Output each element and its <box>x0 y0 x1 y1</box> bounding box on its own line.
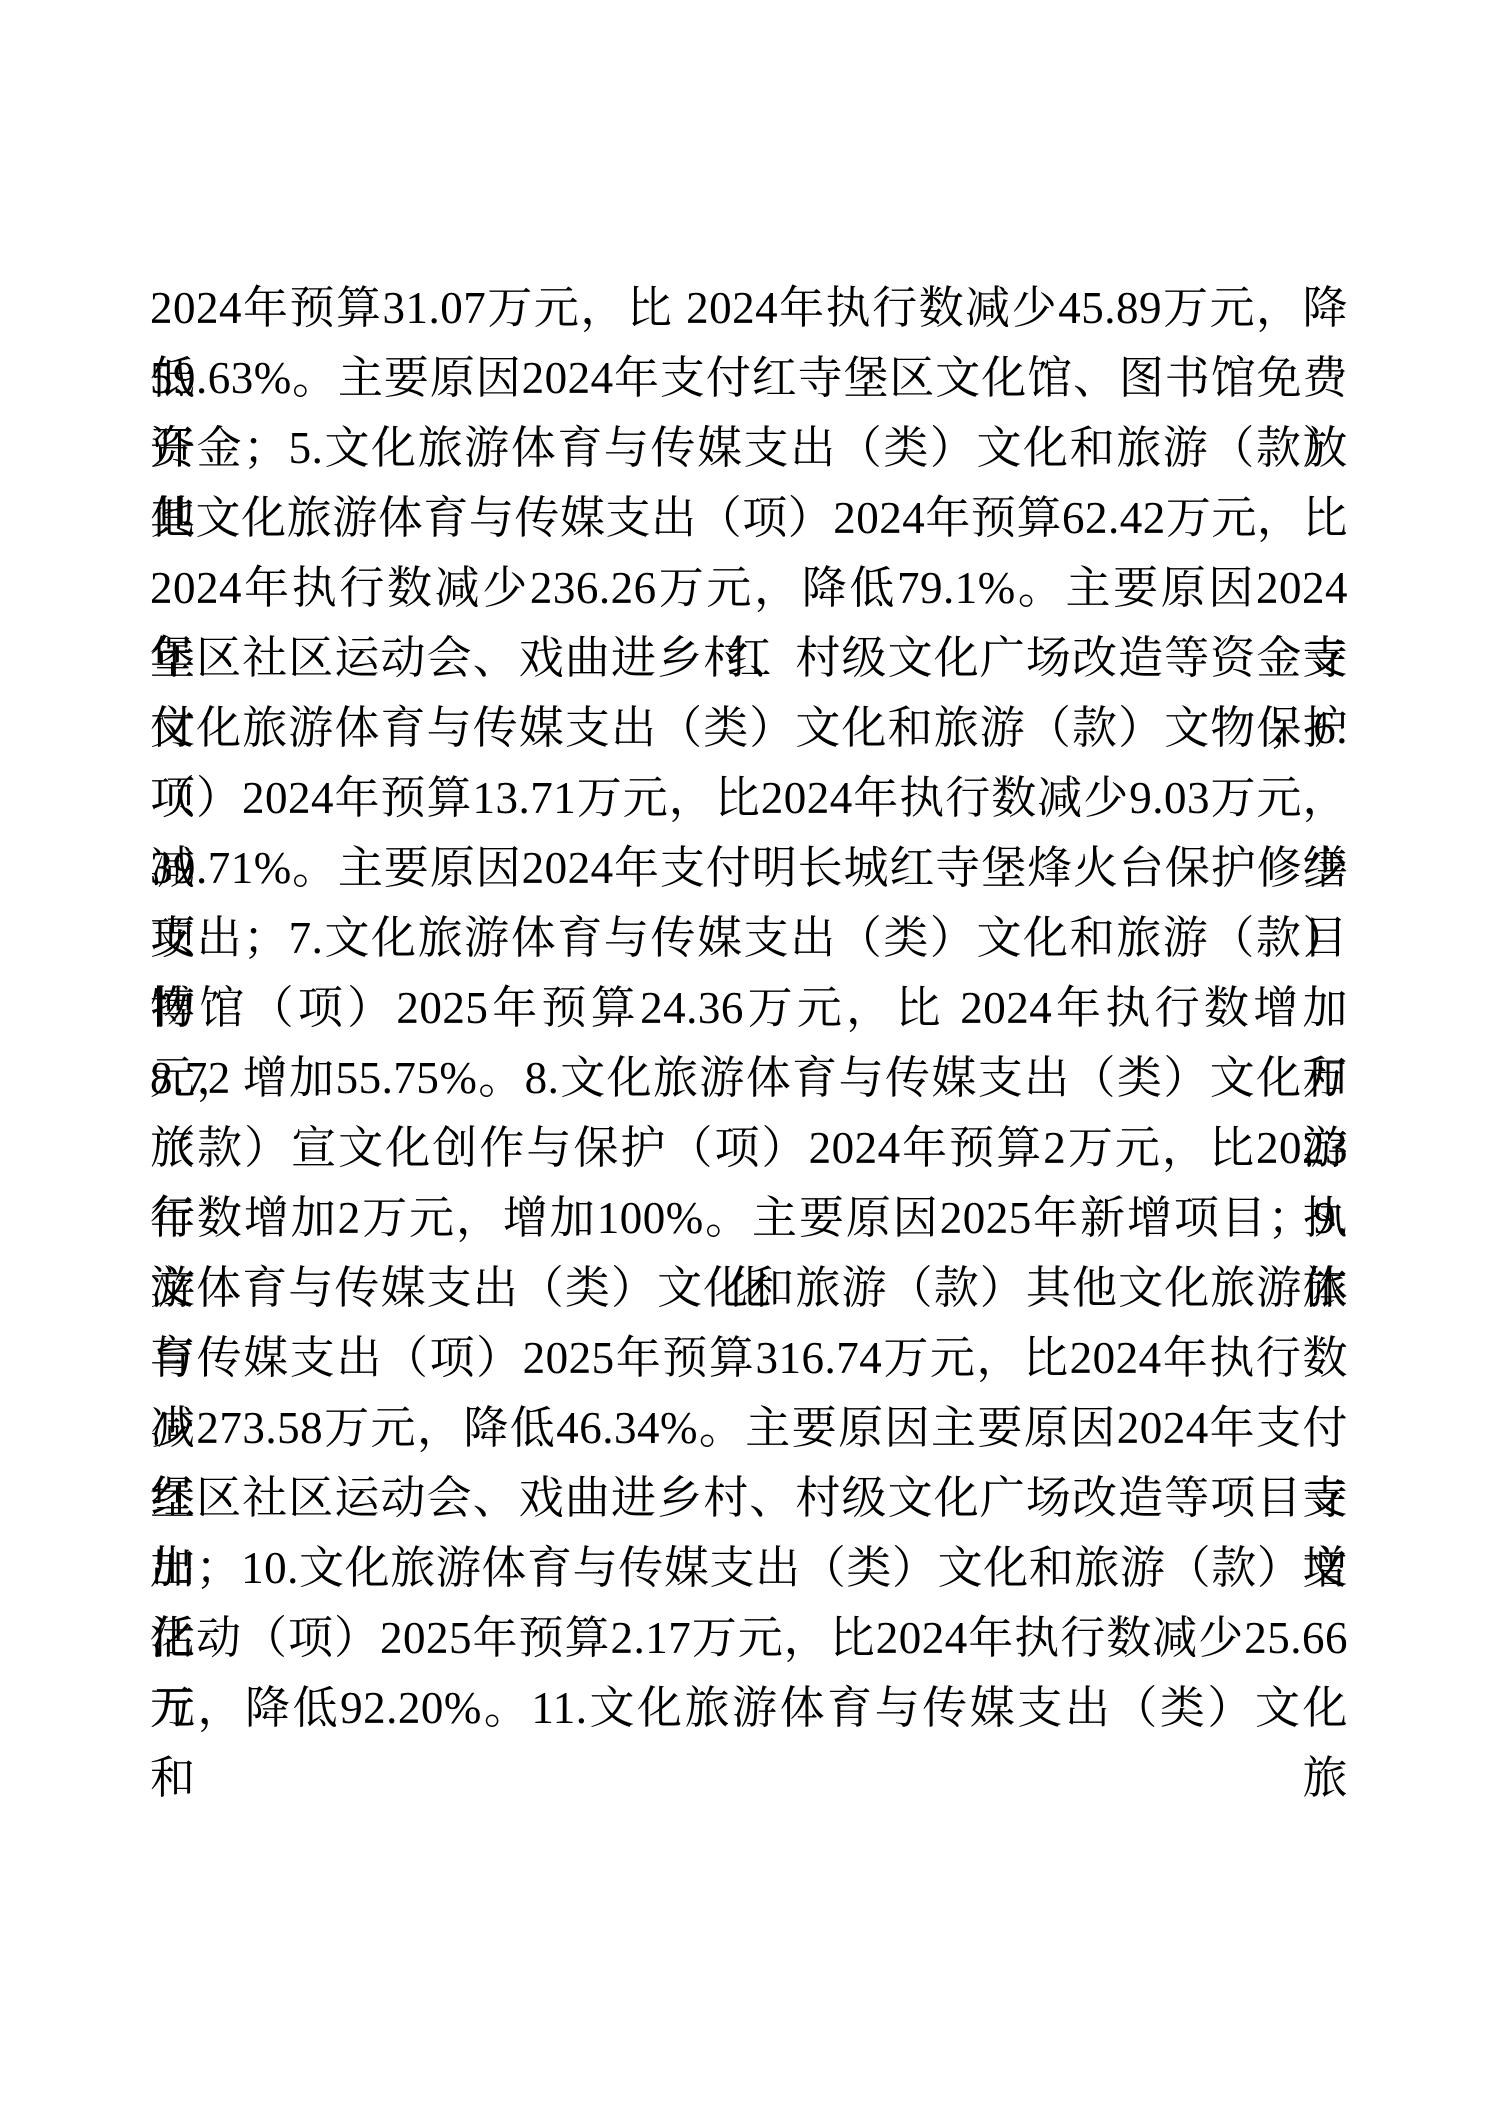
text-line: 元，降低92.20%。11.文化旅游体育与传媒支出（类）文化和旅 <box>150 1673 1348 1743</box>
text-line: 39.71%。主要原因2024年支付明长城红寺堡烽火台保护修缮项目 <box>150 833 1348 903</box>
text-line: 元，增加55.75%。8.文化旅游体育与传媒支出（类）文化和旅游 <box>150 1043 1348 1113</box>
text-line: 支出；7.文化旅游体育与传媒支出（类）文化和旅游（款）博 <box>150 903 1348 973</box>
text-line: 游体育与传媒支出（类）文化和旅游（款）其他文化旅游体育 <box>150 1253 1348 1323</box>
text-line: 项）2024年预算13.71万元，比2024年执行数减少9.03万元，减少 <box>150 763 1348 833</box>
text-line: 他文化旅游体育与传媒支出（项）2024年预算62.42万元，比 <box>150 483 1348 553</box>
text-line: 行数增加2万元，增加100%。主要原因2025年新增项目；9.文化旅 <box>150 1183 1348 1253</box>
text-line-content: 元，降低92.20%。11.文化旅游体育与传媒支出（类）文化和旅 <box>150 1673 1348 1813</box>
text-line: 堡区社区运动会、戏曲进乡村、村级文化广场改造等资金支付；6. <box>150 623 1348 693</box>
text-line: 资金；5.文化旅游体育与传媒支出（类）文化和旅游（款）其 <box>150 413 1348 483</box>
text-line-content: 他文化旅游体育与传媒支出（项）2024年预算62.42万元，比 <box>150 483 1348 553</box>
text-line: 少273.58万元，降低46.34%。主要原因主要原因2024年支付红寺 <box>150 1393 1348 1463</box>
document-page: 2024年预算31.07万元，比 2024年执行数减少45.89万元，降低 59… <box>0 0 1488 2104</box>
text-line: 59.63%。主要原因2024年支付红寺堡区文化馆、图书馆免费开放 <box>150 343 1348 413</box>
text-line: 加；10.文化旅游体育与传媒支出（类）文化和旅游（款）文化 <box>150 1533 1348 1603</box>
text-line: 2024年预算31.07万元，比 2024年执行数减少45.89万元，降低 <box>150 273 1348 343</box>
body-text-block: 2024年预算31.07万元，比 2024年执行数减少45.89万元，降低 59… <box>150 273 1348 1743</box>
text-line: 文化旅游体育与传媒支出（类）文化和旅游（款）文物保护（ <box>150 693 1348 763</box>
text-line: （款）宣文化创作与保护（项）2024年预算2万元，比2023年执 <box>150 1113 1348 1183</box>
text-line: 物馆（项）2025年预算24.36万元，比 2024年执行数增加8.72万 <box>150 973 1348 1043</box>
text-line: 与传媒支出（项）2025年预算316.74万元，比2024年执行数减 <box>150 1323 1348 1393</box>
text-line: 堡区社区运动会、戏曲进乡村、村级文化广场改造等项目支出增 <box>150 1463 1348 1533</box>
text-line: 2024年执行数减少236.26万元，降低79.1%。主要原因2024年红寺 <box>150 553 1348 623</box>
text-line: 活动（项）2025年预算2.17万元，比2024年执行数减少25.66万 <box>150 1603 1348 1673</box>
